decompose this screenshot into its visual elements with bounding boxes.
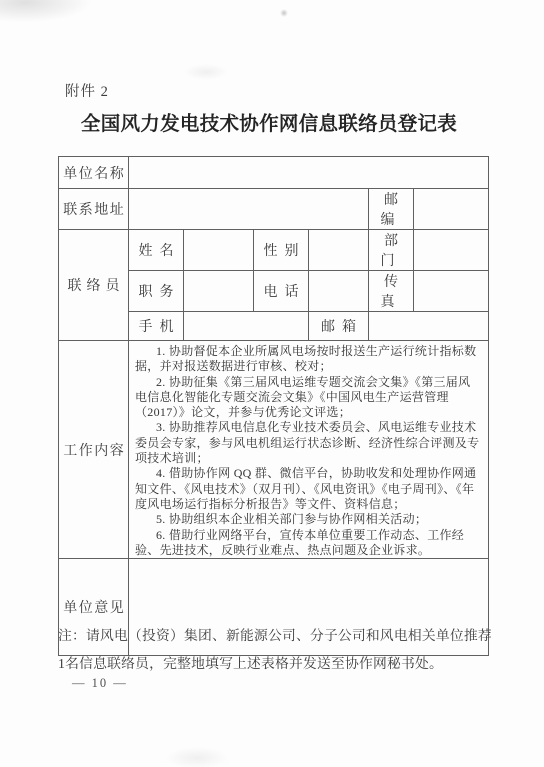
fax-label: 传真 (369, 271, 414, 312)
address-label: 联系地址 (59, 189, 129, 230)
name-label: 姓名 (129, 230, 184, 271)
postcode-value-cell (414, 189, 489, 230)
position-label: 职务 (129, 271, 184, 312)
phone-label: 电话 (254, 271, 309, 312)
scan-artifact (165, 747, 229, 767)
name-value-cell (184, 230, 254, 271)
page-number: — 10 — (72, 676, 128, 691)
work-item: 5. 协助组织本企业相关部门参与协作网相关活动； (135, 512, 482, 527)
page-title: 全国风力发电技术协作网信息联络员登记表 (52, 108, 486, 136)
work-item: 4. 借助协作网 QQ 群、微信平台，协助收发和处理协作网通知文件、《风电技术》… (135, 466, 482, 512)
mobile-label: 手机 (129, 312, 184, 341)
gender-label: 性别 (254, 230, 309, 271)
work-item: 3. 协助推荐风电信息化专业技术委员会、风电运维专业技术委员会专家，参与风电机组… (135, 420, 482, 466)
email-label: 邮箱 (309, 312, 369, 341)
mobile-value-cell (184, 312, 309, 341)
gender-value-cell (309, 230, 369, 271)
address-value-cell (129, 189, 369, 230)
liaison-label: 联络员 (59, 230, 129, 341)
email-value-cell (369, 312, 489, 341)
unit-name-label: 单位名称 (59, 157, 129, 189)
work-content-cell: 1. 协助督促本企业所属风电场按时报送生产运行统计指标数据，并对报送数据进行审核… (129, 341, 489, 559)
scan-artifact (0, 0, 90, 22)
unit-name-value-cell (129, 157, 489, 189)
position-value-cell (184, 271, 254, 312)
registration-form-table: 单位名称 联系地址 邮编 联络员 姓名 性别 部门 职务 电话 (58, 156, 489, 656)
work-content-label: 工作内容 (59, 341, 129, 559)
phone-value-cell (309, 271, 369, 312)
document-page: 附件 2 全国风力发电技术协作网信息联络员登记表 单位名称 联系地址 邮编 联络… (0, 0, 544, 767)
scan-artifact (280, 9, 288, 17)
attachment-label: 附件 2 (65, 80, 109, 101)
footnote: 注：请风电（投资）集团、新能源公司、分子公司和风电相关单位推荐1名信息联络员，完… (58, 622, 494, 678)
postcode-label: 邮编 (369, 189, 414, 230)
scan-artifact (184, 64, 228, 80)
work-item: 1. 协助督促本企业所属风电场按时报送生产运行统计指标数据，并对报送数据进行审核… (135, 344, 482, 375)
department-label: 部门 (369, 230, 414, 271)
department-value-cell (414, 230, 489, 271)
work-item: 2. 协助征集《第三届风电运维专题交流会文集》《第三届风电信息化智能化专题交流会… (135, 375, 482, 421)
fax-value-cell (414, 271, 489, 312)
work-item: 6. 借助行业网络平台，宣传本单位重要工作动态、工作经验、先进技术，反映行业难点… (135, 528, 482, 559)
